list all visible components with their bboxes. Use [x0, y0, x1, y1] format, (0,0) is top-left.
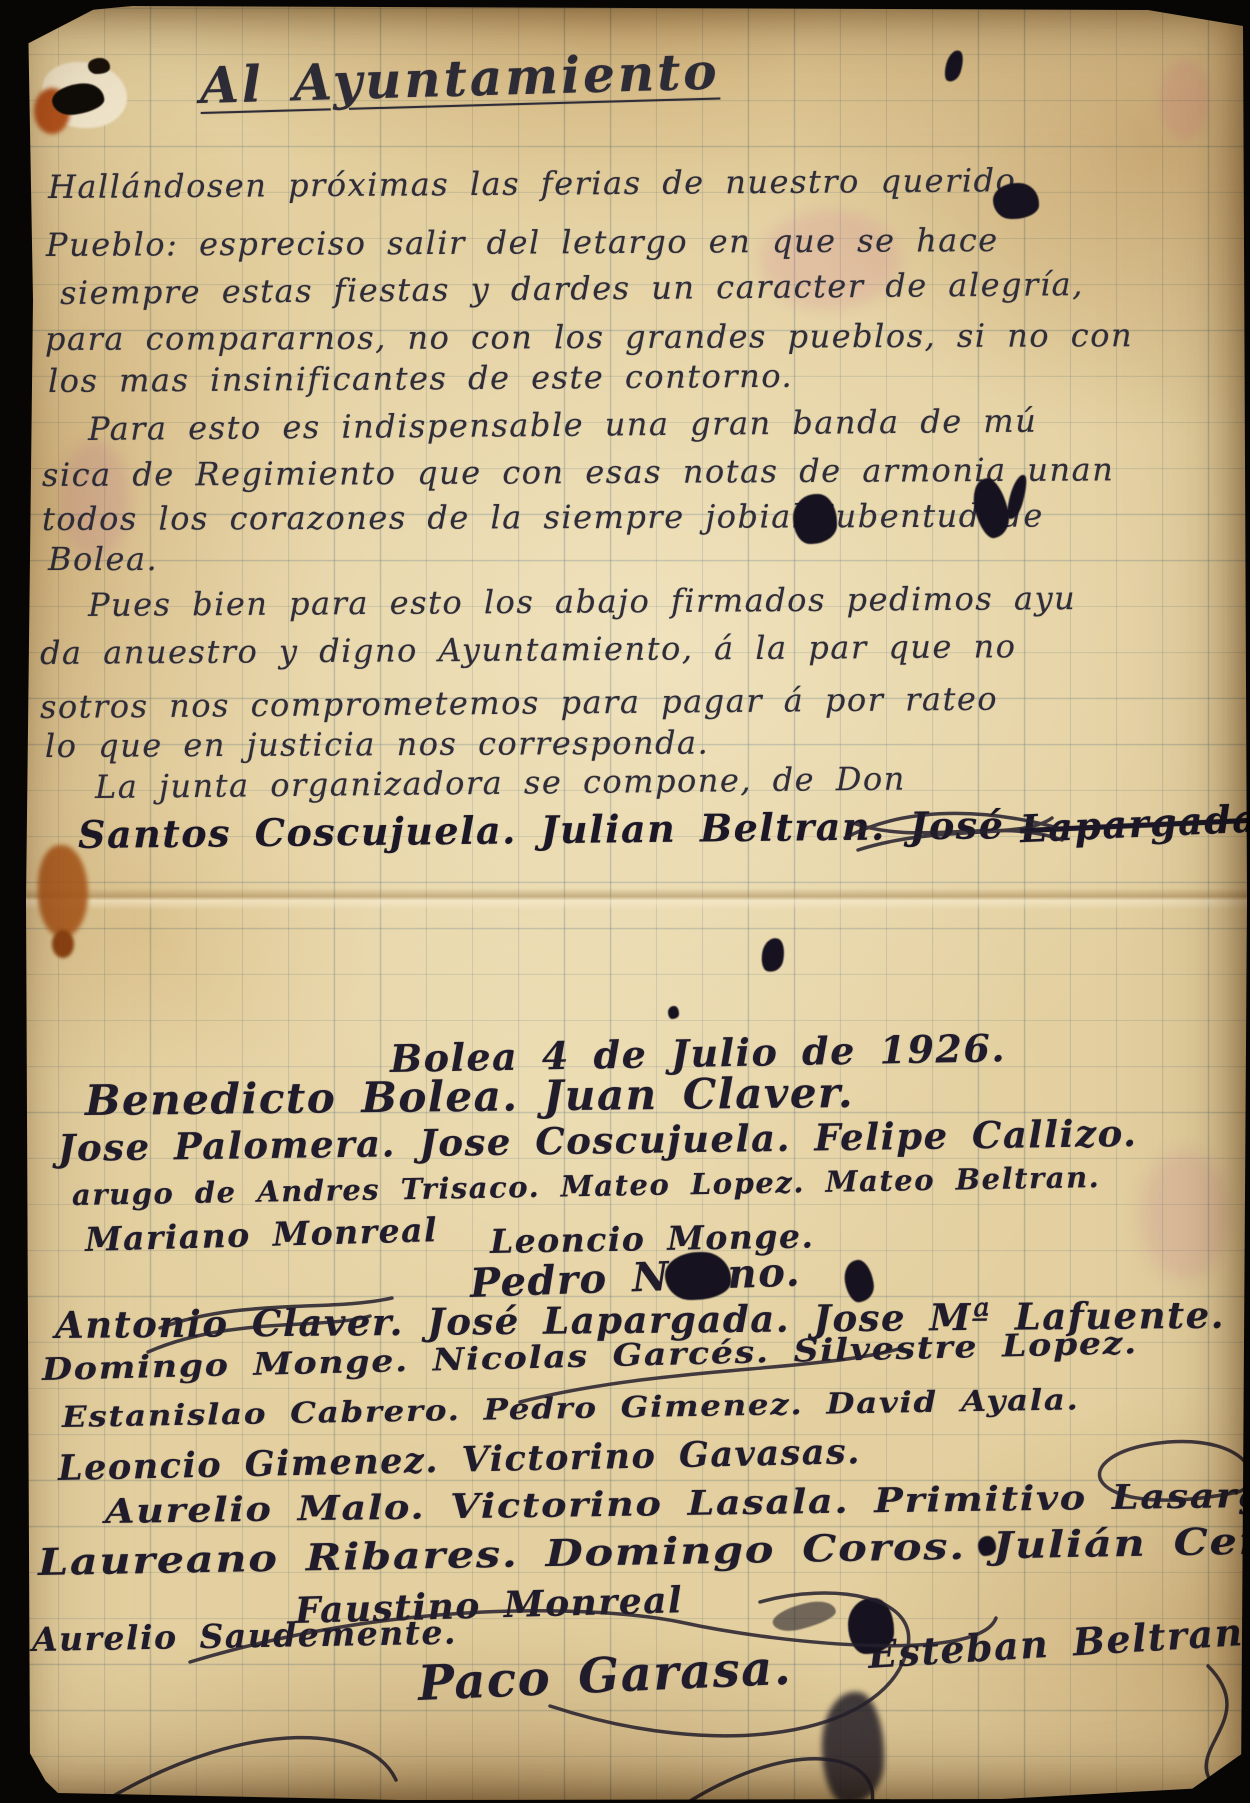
letter-line: los mas insinificantes de este contorno.: [48, 357, 793, 400]
letter-title: Al Ayuntamiento: [199, 41, 720, 114]
letter-line: sotros nos comprometemos para pagar á po…: [40, 680, 998, 726]
ink-smear: [770, 1597, 838, 1636]
letter-line: Para esto es indispensable una gran band…: [88, 402, 1038, 448]
junta-intro-line: La junta organizadora se compone, de Don: [95, 760, 906, 806]
letter-line: Hallándosen próximas las ferias de nuest…: [48, 161, 1017, 206]
ink-blot: [793, 494, 837, 544]
ink-blot: [942, 48, 966, 83]
ink-stain: [1140, 1150, 1230, 1280]
photographed-document: { "colors": { "paper": "#e3cf9f", "grid_…: [0, 0, 1250, 1803]
letter-line: Bolea.: [48, 540, 158, 578]
signature: Mariano Monreal: [84, 1210, 438, 1259]
signature: Esteban Beltran: [867, 1609, 1245, 1677]
ink-stain: [1160, 60, 1210, 140]
signature: arugo de Andres Trisaco. Mateo Lopez. Ma…: [72, 1160, 1101, 1212]
letter-line: lo que en justicia nos corresponda.: [45, 724, 709, 765]
torn-hole: [88, 58, 110, 74]
letter-line: todos los corazones de la siempre jobial…: [42, 497, 1044, 538]
ink-blot: [665, 1252, 731, 1300]
torn-hole: [50, 81, 106, 118]
letter-line: Pueblo: espreciso salir del letargo en q…: [46, 221, 999, 264]
junta-members: Santos Coscujuela. Julian Beltran. José: [78, 802, 1005, 857]
fold-crease: [0, 888, 1250, 910]
letter-line: siempre estas fiestas y dardes un caract…: [60, 265, 1084, 312]
rust-stain: [52, 930, 74, 958]
ink-blot: [848, 1598, 894, 1654]
signature: Paco Garasa.: [417, 1640, 793, 1712]
ink-blot: [759, 936, 787, 973]
ink-blot: [978, 1536, 996, 1556]
junta-member-struck: Lapargada: [1019, 795, 1250, 851]
ink-blot: [668, 1006, 679, 1019]
ink-smear: [822, 1692, 884, 1803]
letter-line: Pues bien para esto los abajo firmados p…: [88, 579, 1076, 624]
junta-members-line: Santos Coscujuela. Julian Beltran. JoséL…: [78, 800, 1250, 857]
letter-line: para compararnos, no con los grandes pue…: [45, 316, 1133, 358]
signature: Estanislao Cabrero. Pedro Gimenez. David…: [62, 1382, 1080, 1434]
photo-edge-shadow: [0, 818, 26, 1012]
letter-line: da anuestro y digno Ayuntamiento, á la p…: [40, 627, 1017, 672]
letter-paper: Al Ayuntamiento Hallándosen próximas las…: [0, 0, 1250, 1803]
signature: Aurelio Saudemente.: [32, 1613, 458, 1659]
letter-line: sica de Regimiento que con esas notas de…: [42, 450, 1114, 494]
signature: Leoncio Gimenez. Victorino Gavasas.: [58, 1431, 862, 1489]
ink-blot: [993, 183, 1039, 219]
